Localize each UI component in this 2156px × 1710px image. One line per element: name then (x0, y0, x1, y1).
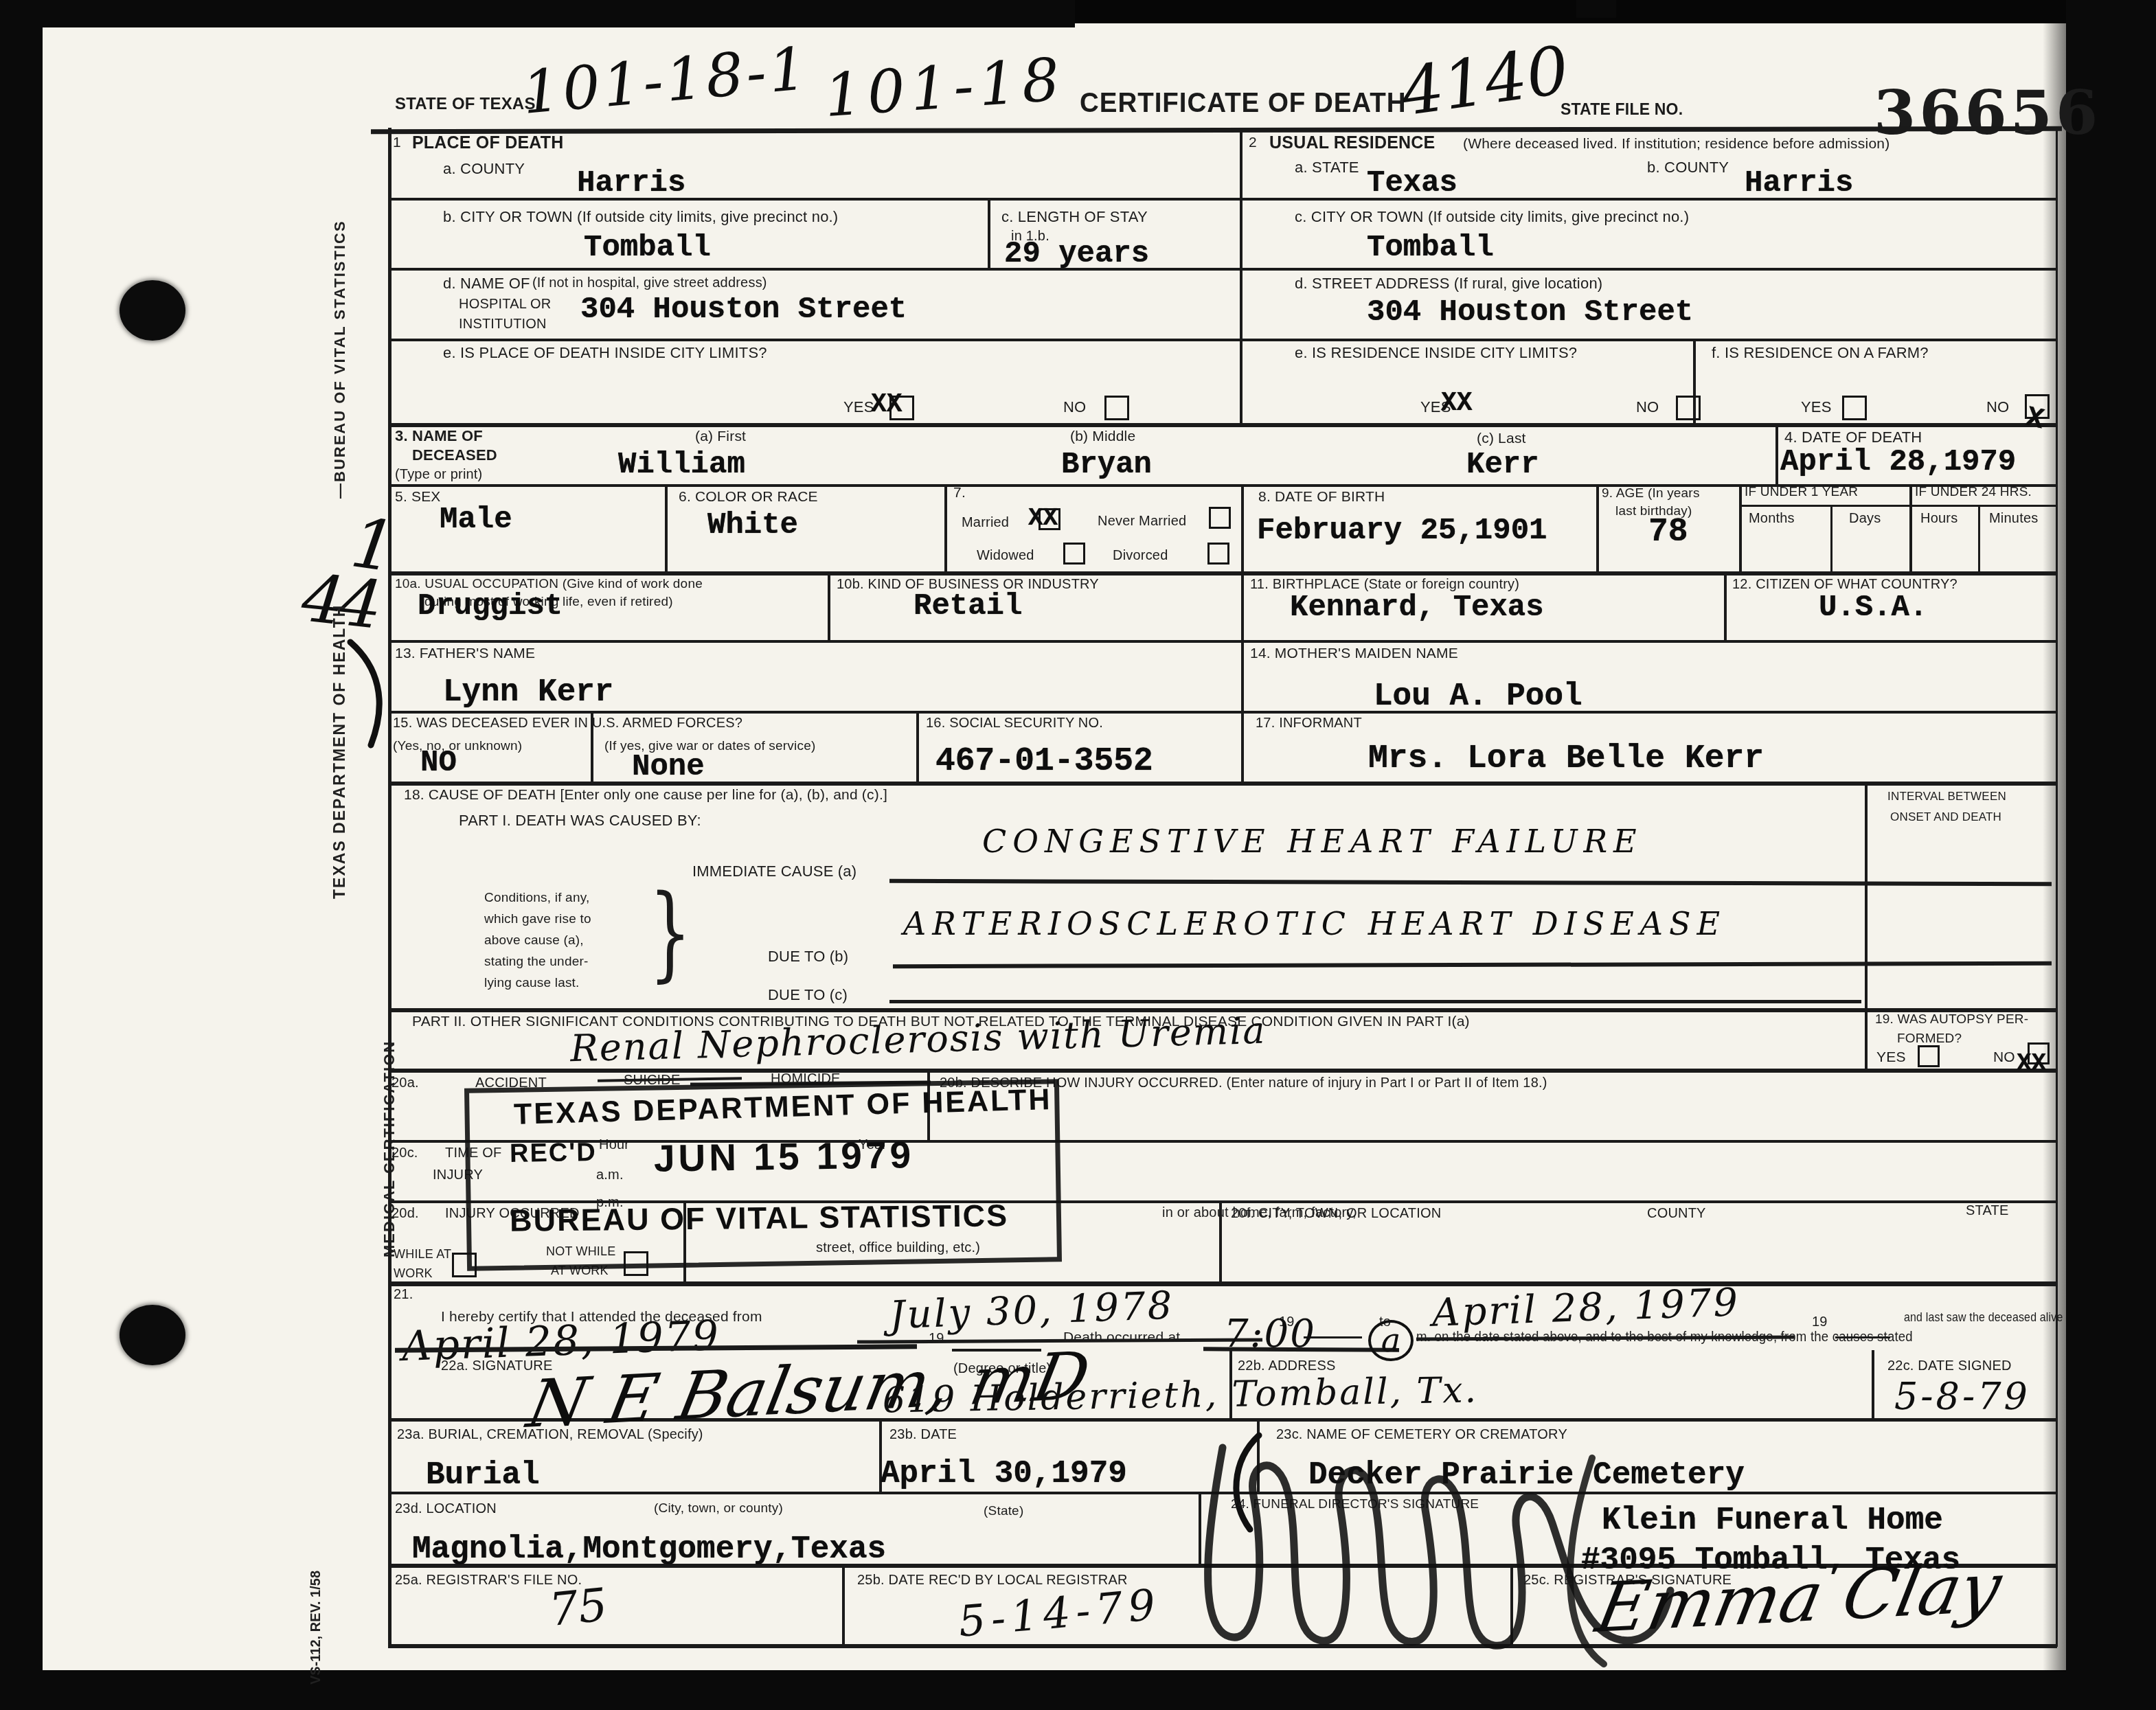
rule (842, 1564, 845, 1645)
s1a-county-label: a. COUNTY (443, 160, 525, 178)
s1a-county-value: Harris (577, 166, 685, 201)
s9-under24hrs-label: IF UNDER 24 HRS. (1915, 485, 2032, 500)
s4-date-of-death-label: 4. DATE OF DEATH (1784, 429, 1922, 446)
hole-punch-bottom (120, 1305, 185, 1365)
s1e-yes-label: YES (843, 398, 874, 416)
s19-autopsy-label1: 19. WAS AUTOPSY PER- (1875, 1012, 2028, 1027)
s21-number: 21. (394, 1287, 413, 1303)
scan-border-right (2066, 0, 2156, 1710)
s10a-occupation-value: Druggist (418, 589, 563, 624)
s15-value2: None (632, 750, 705, 784)
s18-cause-label: 18. CAUSE OF DEATH [Enter only one cause… (404, 787, 887, 803)
s9-hours-label: Hours (1920, 511, 1958, 527)
state-file-no-label: STATE FILE NO. (1561, 100, 1683, 119)
rule (388, 1281, 2057, 1286)
s1c-stay-value: 29 years (1004, 237, 1149, 271)
s8-dob-label: 8. DATE OF BIRTH (1258, 489, 1385, 505)
s1e-no-label: NO (1063, 398, 1086, 416)
rule (388, 128, 392, 1647)
s21-am-circled: a (1368, 1320, 1414, 1361)
margin-form-number: VS-112, REV. 1/58 (308, 1571, 324, 1685)
s1d-hospital-label: d. NAME OF (443, 275, 530, 293)
s1d-hospital-note: (If not in hospital, give street address… (532, 275, 767, 291)
scan-mark-top (1576, 0, 1616, 18)
s16-ssn-value: 467-01-3552 (935, 743, 1153, 780)
s1d-hospital-value: 304 Houston Street (580, 293, 907, 327)
rule (388, 711, 2057, 714)
s2a-state-value: Texas (1367, 166, 1457, 201)
s2f-yes-checkbox (1842, 396, 1867, 420)
rule (944, 484, 947, 573)
s1d-hospital-label3: INSTITUTION (459, 317, 547, 332)
stamp-recd: REC'D (510, 1138, 597, 1169)
s7-divorced-checkbox (1207, 543, 1229, 565)
s2b-county-value: Harris (1745, 166, 1853, 201)
s2c-city-value: Tomball (1367, 231, 1494, 265)
s12-citizen-value: U.S.A. (1819, 591, 1927, 625)
s19-no-label: NO (1993, 1049, 2015, 1066)
rule (2056, 128, 2058, 1647)
s3-label2: DECEASED (412, 446, 497, 464)
s1e-yes-mark: XX (871, 390, 903, 420)
s2f-yes-label: YES (1801, 398, 1832, 416)
s19-yes-label: YES (1876, 1049, 1906, 1066)
s13-father-value: Lynn Kerr (443, 674, 613, 710)
s3-first-value: William (618, 448, 745, 482)
s23d-location-sub2: (State) (984, 1504, 1023, 1519)
s18-immediate-cause-label: IMMEDIATE CAUSE (a) (692, 863, 856, 880)
s18-interval-label2: ONSET AND DEATH (1890, 810, 2001, 824)
s3-label3: (Type or print) (395, 467, 482, 483)
s10b-industry-value: Retail (914, 589, 1022, 624)
s2c-city-label: c. CITY OR TOWN (If outside city limits,… (1295, 208, 1689, 226)
s2-title: USUAL RESIDENCE (1269, 133, 1435, 153)
s2-number: 2 (1249, 135, 1257, 151)
s15-value1: NO (420, 746, 457, 780)
s2d-street-label: d. STREET ADDRESS (If rural, give locati… (1295, 275, 1602, 293)
s6-race-label: 6. COLOR OR RACE (679, 489, 818, 505)
s2e-citylimits-label: e. IS RESIDENCE INSIDE CITY LIMITS? (1295, 344, 1577, 362)
s2e-no-checkbox (1676, 396, 1701, 420)
s18-due-to-b-label: DUE TO (b) (768, 948, 848, 966)
s9-under1year-label: IF UNDER 1 YEAR (1745, 485, 1858, 500)
s15-sub1: (Yes, no, or unknown) (393, 739, 522, 754)
s20c-number: 20c. (392, 1145, 418, 1161)
s7-divorced-label: Divorced (1113, 548, 1168, 564)
s2b-county-label: b. COUNTY (1647, 159, 1729, 176)
paper-edge-shadow (2043, 23, 2066, 1672)
s23d-location-value: Magnolia,Montgomery,Texas (412, 1531, 886, 1567)
rule (828, 571, 830, 641)
s3-last-value: Kerr (1466, 448, 1539, 482)
s22c-date-signed-value: 5-8-79 (1894, 1375, 2030, 1418)
s18-cause-a-value: CONGESTIVE HEART FAILURE (982, 823, 1643, 860)
s2a-state-label: a. STATE (1295, 159, 1359, 176)
rule (1775, 423, 1778, 486)
s3-label: 3. NAME OF (395, 427, 483, 445)
hole-punch-top (120, 280, 185, 341)
s25a-file-no-value: 75 (547, 1578, 610, 1637)
stamp-date: JUN 15 1979 (654, 1132, 915, 1180)
s2-note: (Where deceased lived. If institution; r… (1463, 136, 1890, 152)
s20d-while-label1: WHILE AT (394, 1247, 451, 1262)
s20f-state-label: STATE (1966, 1203, 2008, 1219)
s7-widowed-label: Widowed (977, 548, 1034, 564)
s23a-burial-label: 23a. BURIAL, CREMATION, REMOVAL (Specify… (397, 1427, 703, 1443)
s21-yr3: 19 (929, 1331, 944, 1347)
s13-father-label: 13. FATHER'S NAME (395, 646, 535, 662)
s1c-stay-label: c. LENGTH OF STAY (1001, 208, 1148, 226)
s23d-location-label: 23d. LOCATION (395, 1501, 497, 1517)
rule (388, 571, 2057, 575)
s1b-city-label: b. CITY OR TOWN (If outside city limits,… (443, 208, 838, 226)
s7-married-label: Married (962, 515, 1009, 531)
s1d-hospital-label2: HOSPITAL OR (459, 297, 551, 312)
s14-mother-label: 14. MOTHER'S MAIDEN NAME (1250, 646, 1458, 662)
s2f-farm-label: f. IS RESIDENCE ON A FARM? (1712, 344, 1929, 362)
s20d-number: 20d. (392, 1206, 419, 1222)
s3-first-label: (a) First (695, 429, 746, 445)
s19-autopsy-label2: FORMED? (1897, 1031, 1962, 1047)
s9-age-label: 9. AGE (In years (1602, 486, 1700, 501)
s1e-citylimits-label: e. IS PLACE OF DEATH INSIDE CITY LIMITS? (443, 344, 767, 362)
s7-married-mark: XX (1028, 504, 1058, 532)
state-file-number: 36656 (1874, 77, 2101, 148)
margin-dept-text: TEXAS DEPARTMENT OF HEALTH (330, 604, 349, 899)
s9-months-label: Months (1749, 511, 1795, 527)
s21-text4: m. on the date stated above, and to the … (1416, 1330, 1913, 1345)
s2e-yes-mark: XX (1441, 389, 1473, 418)
rule (1240, 128, 1242, 424)
s18-interval-label1: INTERVAL BETWEEN (1887, 790, 2006, 803)
s4-date-of-death-value: April 28,1979 (1780, 445, 2016, 479)
s15-armed-forces-label: 15. WAS DECEASED EVER IN U.S. ARMED FORC… (393, 716, 742, 731)
s3-middle-value: Bryan (1061, 448, 1152, 482)
rule (665, 484, 668, 573)
s7-never-married-label: Never Married (1098, 514, 1186, 529)
rule (916, 711, 919, 782)
s23a-burial-value: Burial (426, 1457, 540, 1493)
s7-widowed-checkbox (1063, 543, 1085, 565)
s3-last-label: (c) Last (1477, 431, 1526, 447)
s16-ssn-label: 16. SOCIAL SECURITY NO. (926, 716, 1103, 731)
s23b-date-label: 23b. DATE (889, 1427, 957, 1443)
s7-never-married-checkbox (1209, 507, 1231, 529)
s23d-location-sub1: (City, town, or county) (654, 1501, 783, 1516)
rule (1739, 505, 2057, 507)
s19-yes-checkbox (1918, 1045, 1940, 1067)
margin-bureau-text: —BUREAU OF VITAL STATISTICS (331, 220, 349, 499)
s5-sex-label: 5. SEX (395, 489, 441, 505)
s11-birthplace-value: Kennard, Texas (1290, 591, 1544, 625)
s9-days-label: Days (1849, 511, 1881, 527)
s20a-number: 20a. (392, 1075, 419, 1091)
s18-due-to-c-label: DUE TO (c) (768, 986, 848, 1004)
s5-sex-value: Male (440, 503, 512, 537)
state-of-texas-label: STATE OF TEXAS (395, 95, 536, 114)
s20f-label: 20f. CITY, TOWN, OR LOCATION (1231, 1206, 1441, 1222)
rule (388, 339, 2057, 341)
scan-border-top (0, 0, 1075, 27)
s2e-no-label: NO (1636, 398, 1659, 416)
rule (988, 198, 990, 269)
rule (388, 640, 2057, 643)
s1-number: 1 (393, 135, 401, 151)
s2d-street-value: 304 Houston Street (1367, 295, 1693, 330)
cause-c-underline (889, 1000, 1861, 1003)
s1b-city-value: Tomball (584, 231, 711, 265)
s20f-county-label: COUNTY (1647, 1206, 1706, 1222)
rule (1865, 782, 1868, 1070)
rule (388, 268, 2057, 271)
rule (1241, 571, 1244, 782)
scanned-death-certificate: 1 44 TEXAS DEPARTMENT OF HEALTH —BUREAU … (0, 0, 2156, 1710)
s17-informant-label: 17. INFORMANT (1256, 716, 1362, 731)
s21-text2: and last saw the deceased alive (1904, 1310, 2063, 1325)
certificate-title: CERTIFICATE OF DEATH (1080, 87, 1407, 119)
s22c-date-signed-label: 22c. DATE SIGNED (1887, 1358, 2012, 1374)
scan-border-left (0, 0, 43, 1710)
s9-minutes-label: Minutes (1989, 511, 2038, 527)
s1-title: PLACE OF DEATH (412, 133, 563, 153)
s18-conditions-note: Conditions, if any, which gave rise to a… (484, 887, 591, 994)
rule (1241, 484, 1244, 573)
s6-race-value: White (707, 508, 798, 543)
rule (1724, 571, 1727, 641)
rule (1978, 505, 1980, 573)
s8-dob-value: February 25,1901 (1257, 514, 1547, 548)
rule (1596, 484, 1599, 573)
s23b-date-value: April 30,1979 (881, 1456, 1127, 1492)
s14-mother-value: Lou A. Pool (1374, 679, 1582, 714)
s20d-while-label2: WORK (394, 1266, 433, 1281)
rule (1909, 484, 1912, 573)
s7-number: 7. (953, 485, 966, 501)
rule (1739, 484, 1742, 573)
s3-middle-label: (b) Middle (1070, 429, 1135, 445)
rule (388, 423, 2057, 427)
rule (1830, 505, 1832, 573)
s1e-no-checkbox (1104, 396, 1129, 420)
s21-yr2: 19 (1812, 1314, 1828, 1330)
s18-part1-label: PART I. DEATH WAS CAUSED BY: (459, 812, 701, 830)
s2f-no-label: NO (1986, 398, 2009, 416)
s18-cause-b-value: ARTERIOSCLEROTIC HEART DISEASE (903, 905, 1726, 942)
rule (1872, 1350, 1874, 1419)
s17-informant-value: Mrs. Lora Belle Kerr (1368, 740, 1764, 777)
stamp-line3: BUREAU OF VITAL STATISTICS (510, 1198, 1009, 1239)
s19-no-mark: XX (2017, 1049, 2046, 1078)
s18-brace: } (649, 874, 692, 993)
s9-age-value: 78 (1648, 514, 1688, 551)
